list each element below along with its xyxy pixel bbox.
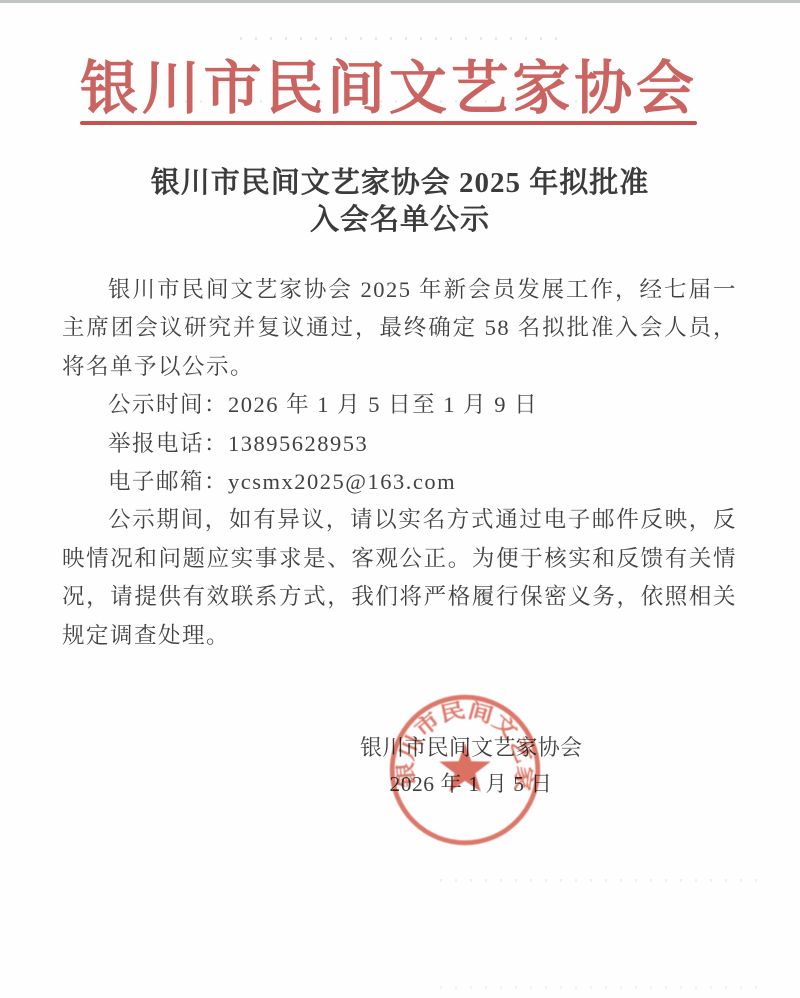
body-line: 映情况和问题应实事求是、客观公正。为便于核实和反馈有关情 [62, 540, 737, 578]
doc-title-line2: 入会名单公示 [0, 202, 800, 239]
email-line: 电子邮箱：ycsmx2025@163.com [62, 463, 737, 501]
body-line: 况，请提供有效联系方式，我们将严格履行保密义务，依照相关 [62, 578, 737, 616]
letterhead-underline [80, 121, 697, 125]
publicity-period-line: 公示时间：2026 年 1 月 5 日至 1 月 9 日 [62, 386, 737, 424]
doc-title: 银川市民间文艺家协会 2025 年拟批准 入会名单公示 [0, 165, 800, 239]
body-line: 规定调查处理。 [62, 617, 737, 655]
scan-edge-artifact [0, 0, 800, 3]
seal-star-icon [439, 743, 490, 792]
body-text: 银川市民间文艺家协会 2025 年新会员发展工作，经七届一次主席团会议研究并复议… [62, 271, 737, 655]
scan-noise [440, 879, 770, 882]
report-phone-line: 举报电话：13895628953 [62, 425, 737, 463]
body-line: 银川市民间文艺家协会 2025 年新会员发展工作，经七届一次 [62, 271, 737, 309]
seal-arc-text: 银川市民间文艺家协会 [361, 666, 537, 793]
official-seal: 银川市民间文艺家协会 [361, 666, 569, 874]
svg-text:银川市民间文艺家协会: 银川市民间文艺家协会 [361, 666, 537, 793]
scan-noise [440, 986, 770, 989]
body-line: 公示期间，如有异议，请以实名方式通过电子邮件反映，反 [62, 501, 737, 539]
body-line: 将名单予以公示。 [62, 348, 737, 386]
scan-noise [240, 37, 560, 40]
body-line: 主席团会议研究并复议通过，最终确定 58 名拟批准入会人员，现 [62, 309, 737, 347]
letterhead-org-name: 银川市民间文艺家协会 [80, 54, 694, 124]
doc-title-line1: 银川市民间文艺家协会 2025 年拟批准 [0, 165, 800, 202]
document-page: 银川市民间文艺家协会 银川市民间文艺家协会 2025 年拟批准 入会名单公示 银… [0, 0, 800, 998]
